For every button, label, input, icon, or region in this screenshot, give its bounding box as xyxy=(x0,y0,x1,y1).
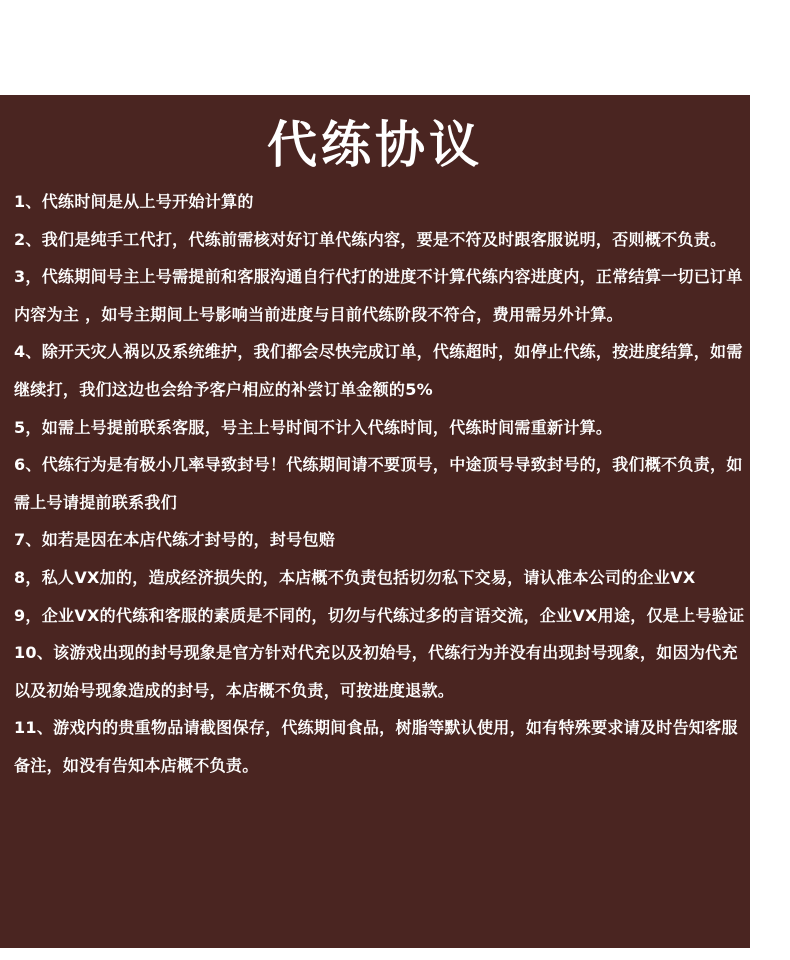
term-item-6: 6、代练行为是有极小几率导致封号！代练期间请不要顶号，中途顶号导致封号的，我们概… xyxy=(14,446,748,521)
agreement-terms-list: 1、代练时间是从上号开始计算的 2、我们是纯手工代打，代练前需核对好订单代练内容… xyxy=(14,183,748,785)
term-item-2: 2、我们是纯手工代打，代练前需核对好订单代练内容，要是不符及时跟客服说明，否则概… xyxy=(14,221,748,259)
term-item-5: 5，如需上号提前联系客服，号主上号时间不计入代练时间，代练时间需重新计算。 xyxy=(14,409,748,447)
term-item-4: 4、除开天灾人祸以及系统维护，我们都会尽快完成订单，代练超时，如停止代练，按进度… xyxy=(14,333,748,408)
term-item-10: 10、该游戏出现的封号现象是官方针对代充以及初始号，代练行为并没有出现封号现象，… xyxy=(14,634,748,709)
agreement-panel: 代练协议 1、代练时间是从上号开始计算的 2、我们是纯手工代打，代练前需核对好订… xyxy=(0,95,750,948)
term-item-9: 9，企业VX的代练和客服的素质是不同的，切勿与代练过多的言语交流，企业VX用途，… xyxy=(14,597,748,635)
term-item-1: 1、代练时间是从上号开始计算的 xyxy=(14,183,748,221)
term-item-3: 3，代练期间号主上号需提前和客服沟通自行代打的进度不计算代练内容进度内，正常结算… xyxy=(14,258,748,333)
term-item-7: 7、如若是因在本店代练才封号的，封号包赔 xyxy=(14,521,748,559)
term-item-11: 11、游戏内的贵重物品请截图保存，代练期间食品，树脂等默认使用，如有特殊要求请及… xyxy=(14,709,748,784)
term-item-8: 8，私人VX加的，造成经济损失的，本店概不负责包括切勿私下交易，请认准本公司的企… xyxy=(14,559,748,597)
page-title: 代练协议 xyxy=(0,113,750,177)
